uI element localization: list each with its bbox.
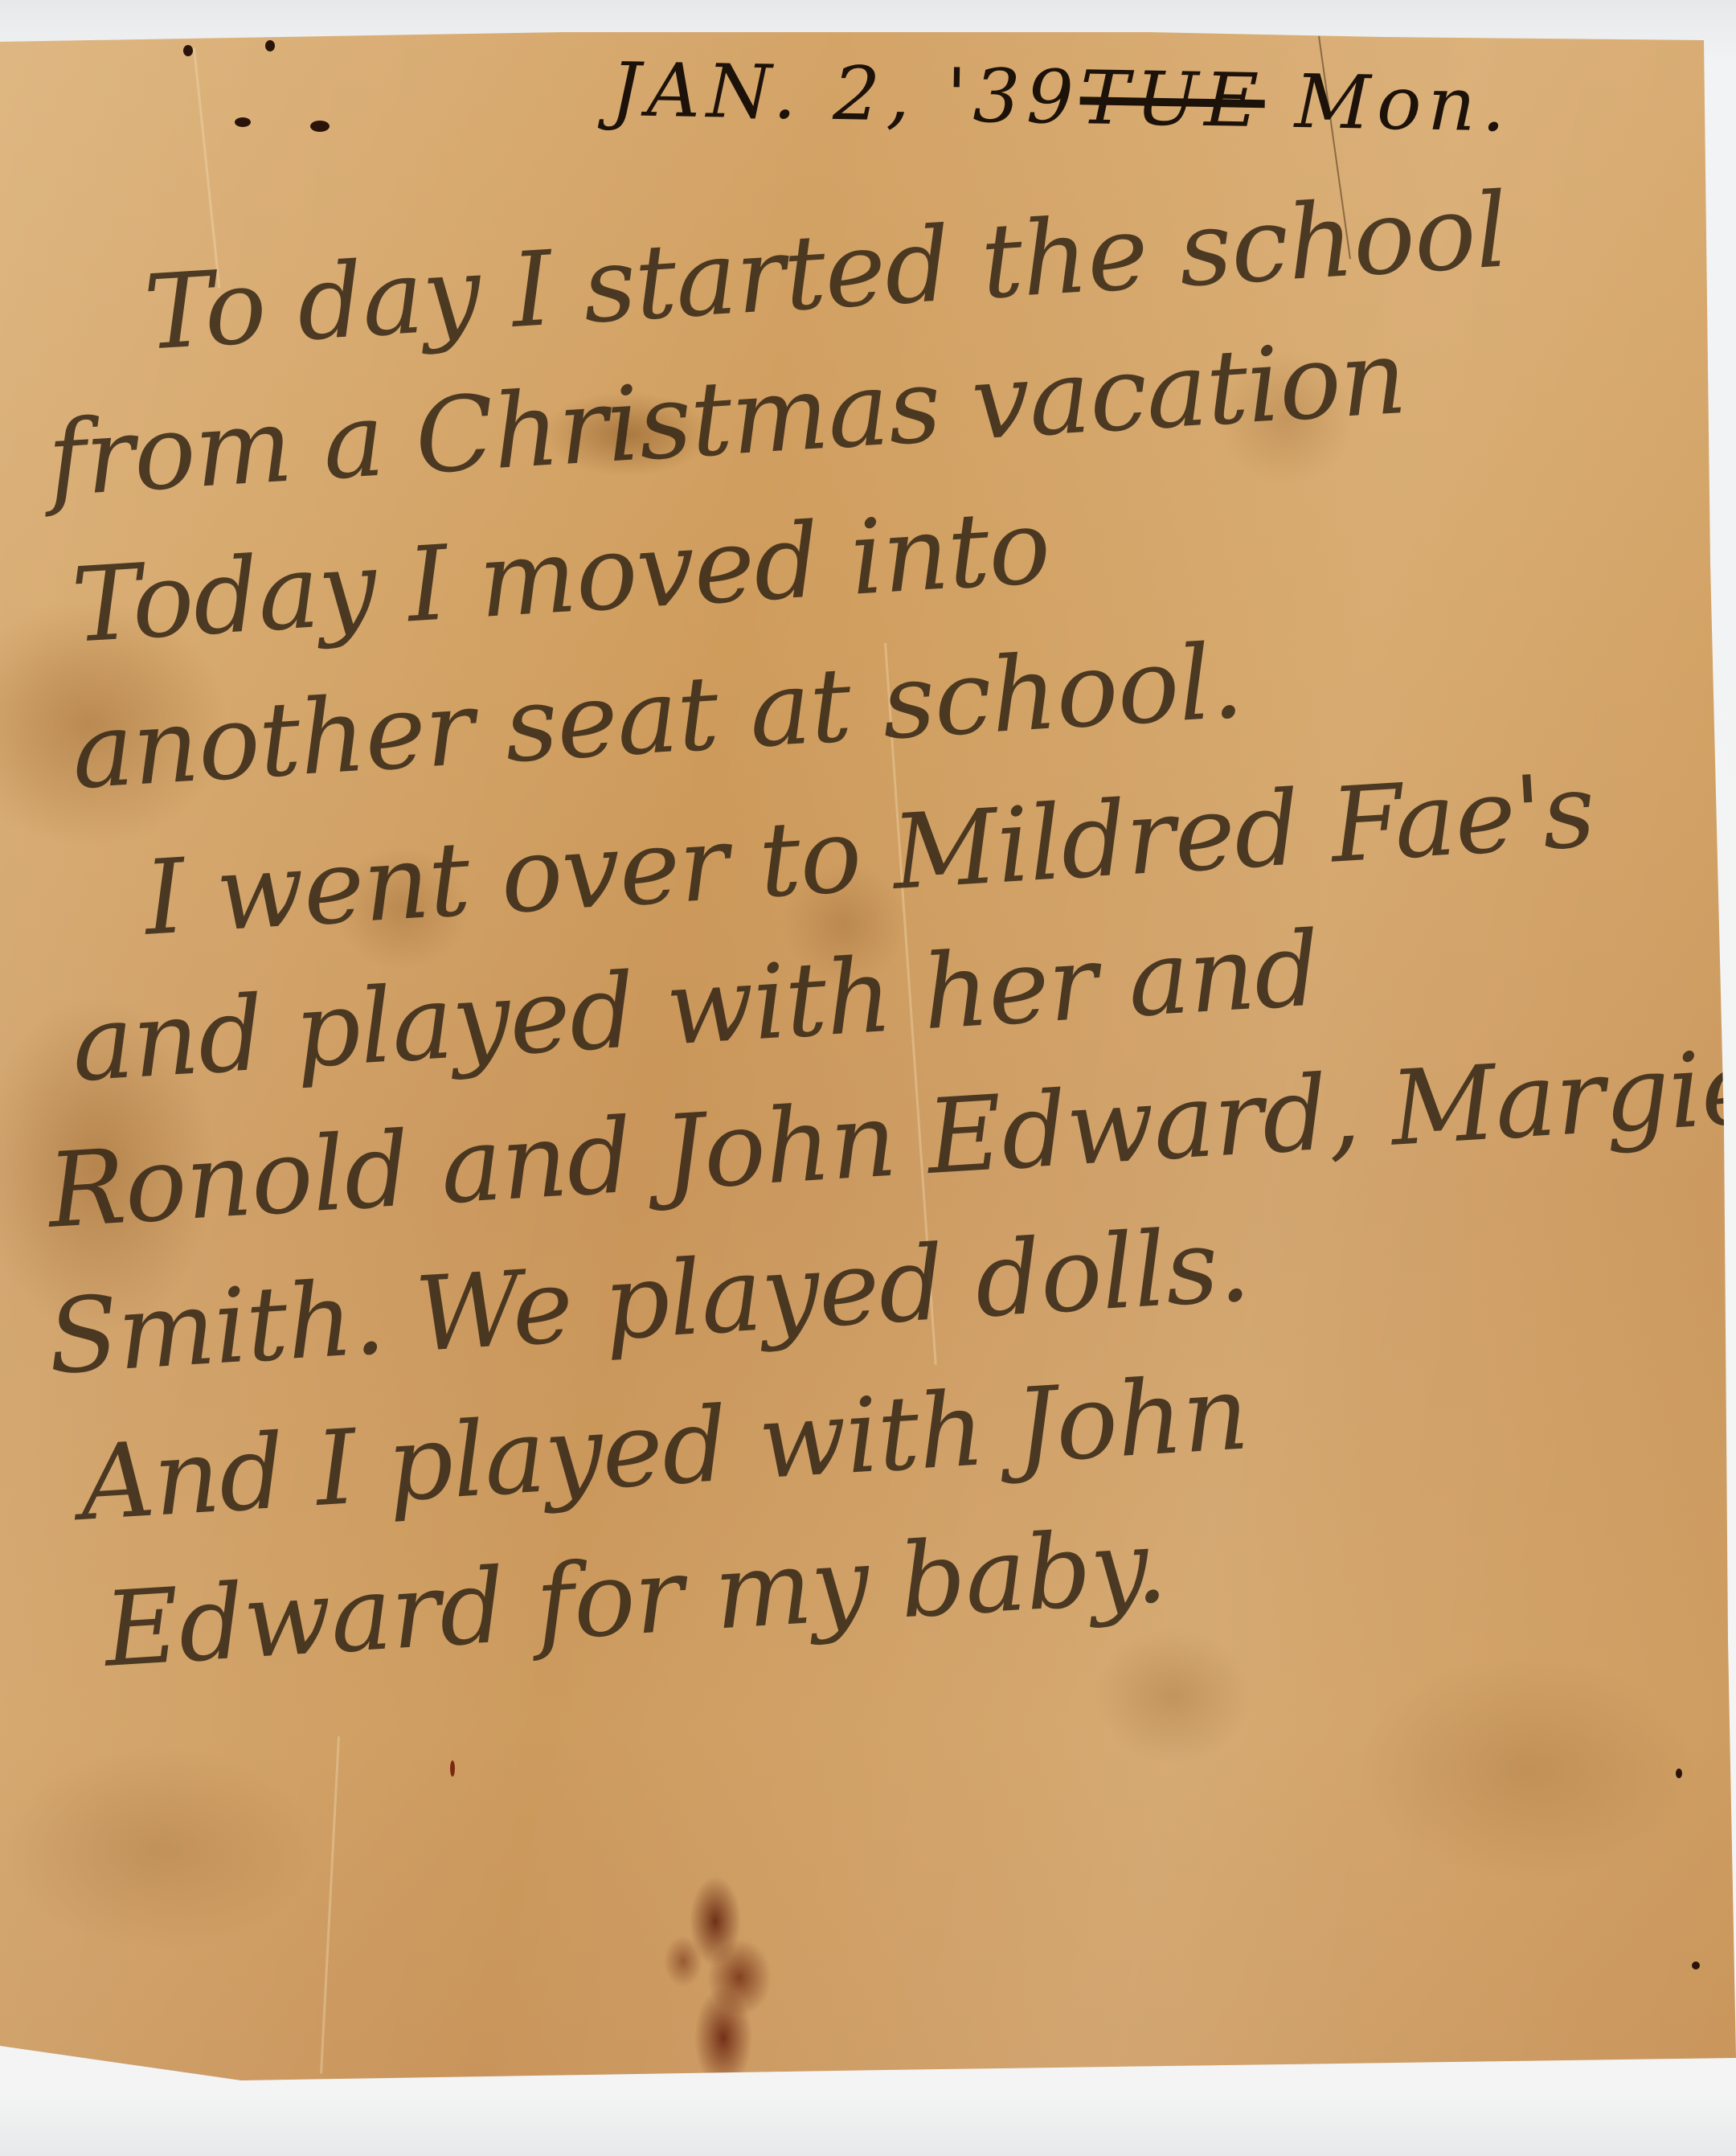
diary-entry: To day I started the school from a Chris… [48,241,1720,1704]
paper-hole [310,121,330,132]
paper-hole [1676,1769,1682,1778]
ink-stain [643,1873,828,2078]
weekday-text: Mon. [1294,59,1513,149]
paper-hole [183,45,193,56]
struck-weekday: TUE [1079,55,1266,144]
paper-hole [265,40,275,51]
date-text: JAN. 2, '39 [610,47,1081,141]
paper-hole [1692,1961,1700,1970]
diary-date-header: JAN. 2, '39TUE Mon. [610,47,1513,149]
paper-crease [320,1736,340,2074]
paper-hole [235,117,251,127]
diary-page: JAN. 2, '39TUE Mon. To day I started the… [0,0,1736,2156]
paper-hole [450,1760,455,1777]
